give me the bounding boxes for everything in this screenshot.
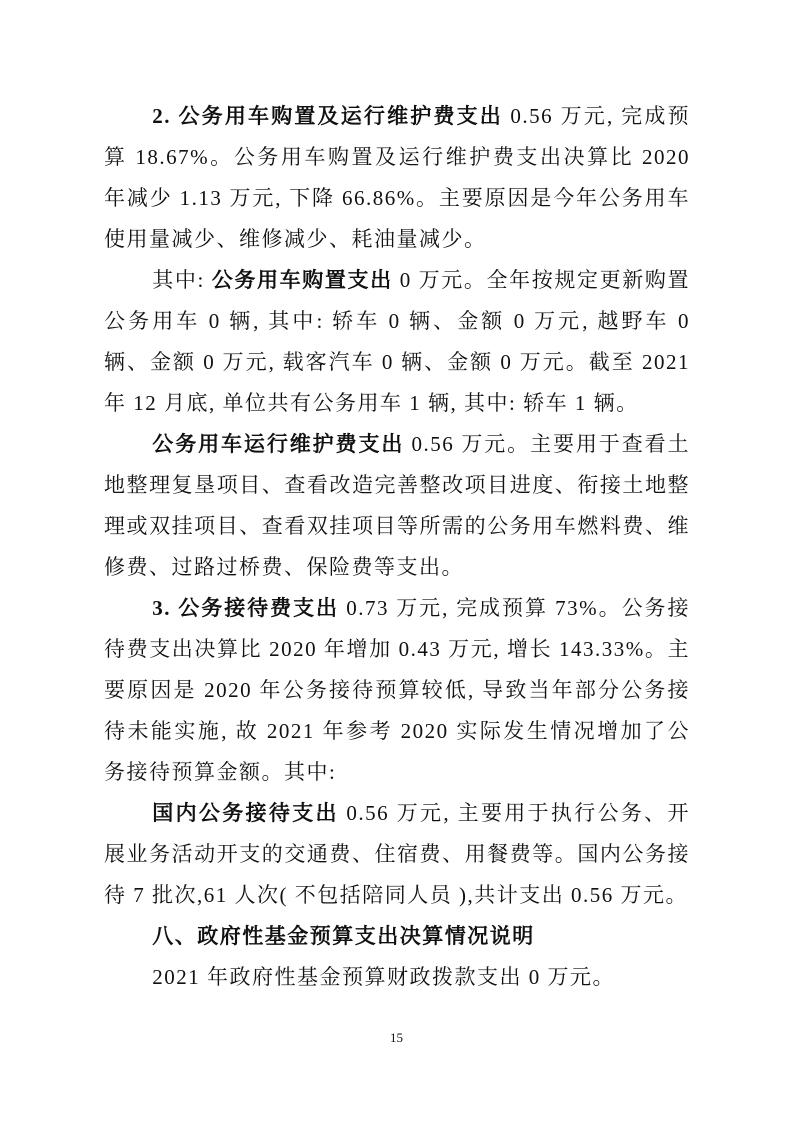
paragraph-vehicle-total-expense: 2. 公务用车购置及运行维护费支出 0.56 万元, 完成预算 18.67%。公… bbox=[104, 96, 690, 260]
paragraph-vehicle-maintenance: 公务用车运行维护费支出 0.56 万元。主要用于查看土地整理复垦项目、查看改造完… bbox=[104, 424, 690, 588]
paragraph-gov-fund-expense: 2021 年政府性基金预算财政拨款支出 0 万元。 bbox=[104, 957, 690, 998]
document-page: 2. 公务用车购置及运行维护费支出 0.56 万元, 完成预算 18.67%。公… bbox=[0, 0, 793, 1122]
paragraph-bold-lead: 3. 公务接待费支出 bbox=[152, 596, 339, 620]
paragraph-vehicle-purchase: 其中: 公务用车购置支出 0 万元。全年按规定更新购置公务用车 0 辆, 其中:… bbox=[104, 260, 690, 424]
paragraph-bold-lead: 公务用车运行维护费支出 bbox=[152, 432, 404, 456]
paragraph-domestic-reception: 国内公务接待支出 0.56 万元, 主要用于执行公务、开展业务活动开支的交通费、… bbox=[104, 793, 690, 916]
paragraph-bold-lead: 2. 公务用车购置及运行维护费支出 bbox=[152, 104, 503, 128]
paragraph-bold-lead: 公务用车购置支出 bbox=[212, 268, 393, 292]
paragraph-bold-lead: 国内公务接待支出 bbox=[152, 801, 339, 825]
section-heading-gov-fund-budget: 八、政府性基金预算支出决算情况说明 bbox=[104, 916, 690, 957]
paragraph-prefix: 其中: bbox=[152, 268, 211, 292]
page-number: 15 bbox=[0, 1030, 793, 1046]
paragraph-official-reception: 3. 公务接待费支出 0.73 万元, 完成预算 73%。公务接待费支出决算比 … bbox=[104, 588, 690, 793]
paragraph-text: 0.73 万元, 完成预算 73%。公务接待费支出决算比 2020 年增加 0.… bbox=[104, 596, 690, 784]
document-body: 2. 公务用车购置及运行维护费支出 0.56 万元, 完成预算 18.67%。公… bbox=[104, 96, 690, 998]
